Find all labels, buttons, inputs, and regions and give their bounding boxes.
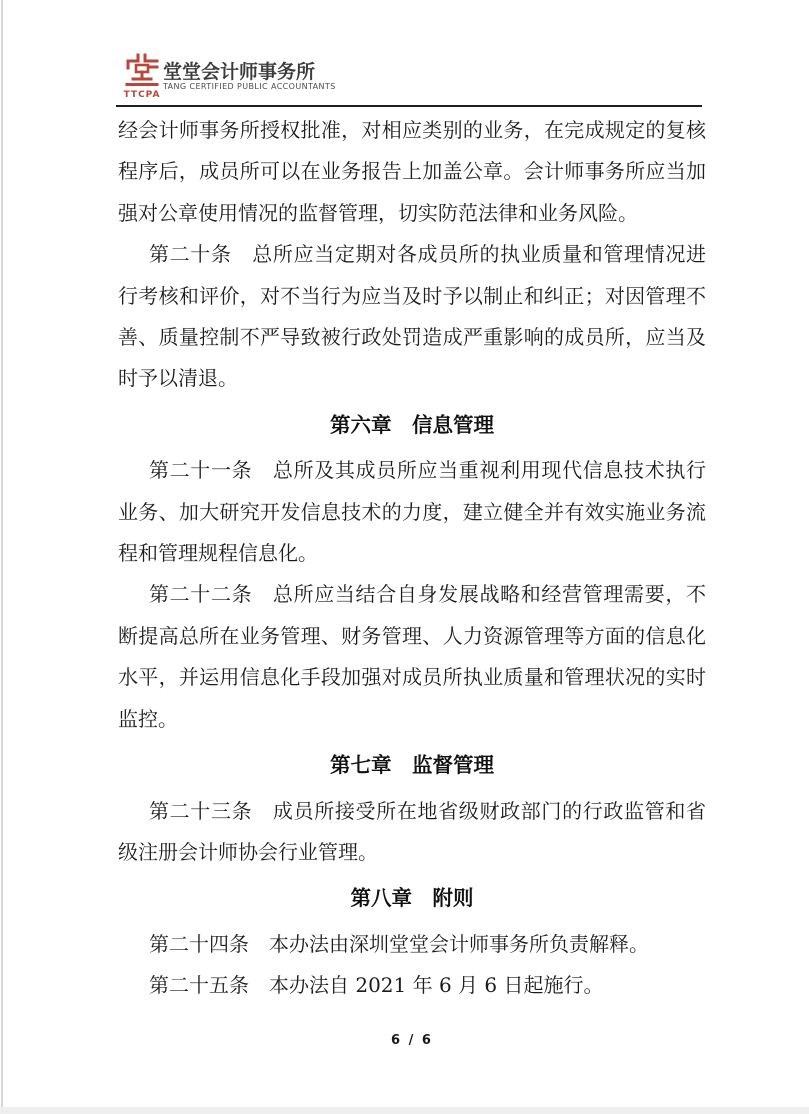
page-left-edge	[1, 0, 3, 1107]
chapter-heading: 第六章 信息管理	[118, 405, 706, 446]
logo-abbreviation: TTCPA	[120, 90, 164, 100]
paragraph: 第二十二条 总所应当结合自身发展战略和经营管理需要，不断提高总所在业务管理、财务…	[118, 574, 706, 740]
document-body: 经会计师事务所授权批准，对相应类别的业务，在完成规定的复核程序后，成员所可以在业…	[118, 110, 706, 1007]
firm-name-chinese: 堂堂会计师事务所	[163, 57, 315, 84]
paragraph: 第二十一条 总所及其成员所应当重视利用现代信息技术执行业务、加大研究开发信息技术…	[118, 450, 706, 574]
paragraph: 第二十三条 成员所接受所在地省级财政部门的行政监管和省级注册会计师协会行业管理。	[118, 791, 706, 874]
paragraph: 第二十五条 本办法自 2021 年 6 月 6 日起施行。	[118, 965, 706, 1006]
firm-seal-logo-icon	[124, 53, 160, 87]
chapter-heading: 第七章 监督管理	[118, 745, 706, 786]
paragraph: 第二十条 总所应当定期对各成员所的执业质量和管理情况进行考核和评价，对不当行为应…	[118, 234, 706, 400]
firm-name-english: TANG CERTIFIED PUBLIC ACCOUNTANTS	[163, 82, 336, 91]
letterhead-rule	[116, 105, 702, 107]
letterhead: TTCPA 堂堂会计师事务所 TANG CERTIFIED PUBLIC ACC…	[0, 0, 809, 108]
paragraph: 第二十四条 本办法由深圳堂堂会计师事务所负责解释。	[118, 924, 706, 965]
page-number: 6 / 6	[118, 1033, 706, 1048]
chapter-heading: 第八章 附则	[118, 878, 706, 919]
page-bottom-edge	[0, 1107, 809, 1114]
paragraph: 经会计师事务所授权批准，对相应类别的业务，在完成规定的复核程序后，成员所可以在业…	[118, 110, 706, 234]
